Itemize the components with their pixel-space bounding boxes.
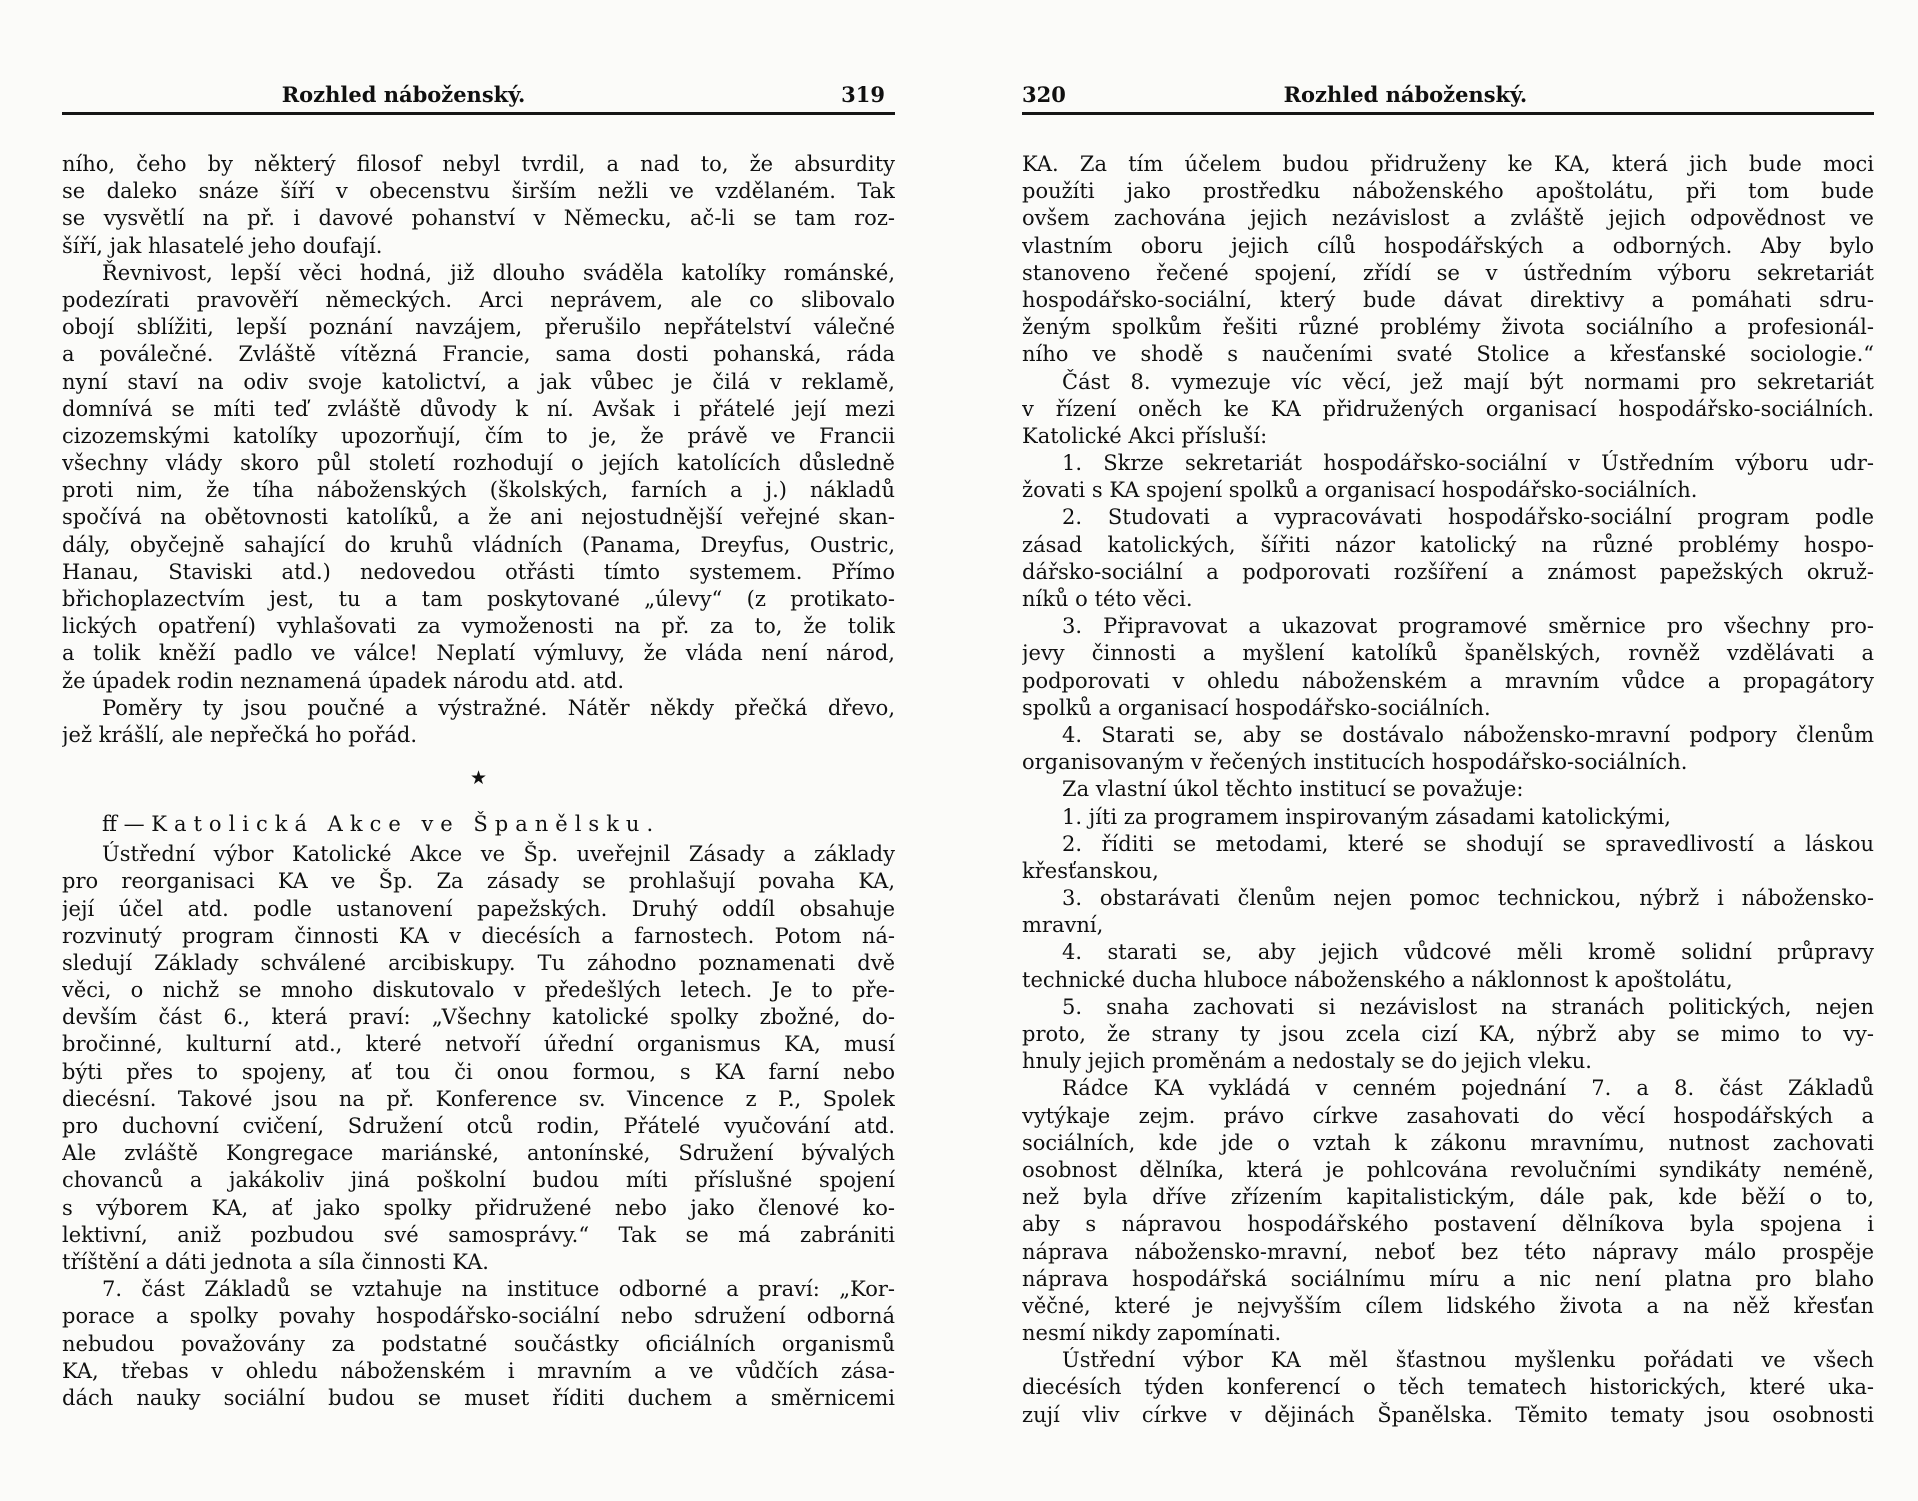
paragraph: 4. starati se, aby jejich vůdcové měli k…: [1022, 939, 1874, 993]
text-line: jevy činnosti a myšlení katolíků španěls…: [1022, 640, 1874, 667]
text-line: v řízení oněch ke KA přidružených organi…: [1022, 396, 1874, 423]
text-line: zují vliv církve v dějinách Španělska. T…: [1022, 1402, 1874, 1429]
paragraph: 3. obstarávati členům nejen pomoc techni…: [1022, 885, 1874, 939]
paragraph: Ústřední výbor Katolické Akce ve Šp. uve…: [62, 841, 895, 1276]
text-line: 7. část Základů se vztahuje na instituce…: [62, 1276, 895, 1303]
text-line: tříštění a dáti jednota a síla činnosti …: [62, 1249, 895, 1276]
text-line: KA. Za tím účelem budou přidruženy ke KA…: [1022, 151, 1874, 178]
paragraph: ního, čeho by některý filosof nebyl tvrd…: [62, 151, 895, 260]
paragraph: 2. Studovati a vypracovávati hospodářsko…: [1022, 504, 1874, 613]
text-line: šíří, jak hlasatelé jeho doufají.: [62, 233, 895, 260]
text-line: aby s nápravou hospodářského postavení d…: [1022, 1211, 1874, 1238]
text-line: domnívá se míti teď zvláště důvody k ní.…: [62, 396, 895, 423]
text-line: diecésích týden konferencí o těch temate…: [1022, 1374, 1874, 1401]
text-line: 4. starati se, aby jejich vůdcové měli k…: [1022, 939, 1874, 966]
text-line: použíti jako prostředku náboženského apo…: [1022, 178, 1874, 205]
text-line: lektivní, aniž pozbudou své samosprávy.“…: [62, 1222, 895, 1249]
paragraph: 4. Starati se, aby se dostávalo nábožens…: [1022, 722, 1874, 776]
text-line: Katolické Akci přísluší:: [1022, 423, 1874, 450]
text-line: zásad katolických, šířiti názor katolick…: [1022, 532, 1874, 559]
text-line: obojí sblížiti, lepší poznání navzájem, …: [62, 314, 895, 341]
text-line: se vysvětlí na př. i davové pohanství v …: [62, 205, 895, 232]
text-line: dářsko-sociální a podporovati rozšíření …: [1022, 559, 1874, 586]
text-line: podporovati v ohledu náboženském a mravn…: [1022, 668, 1874, 695]
paragraph: Řevnivost, lepší věci hodná, již dlouho …: [62, 260, 895, 695]
text-line: mravní,: [1022, 912, 1874, 939]
page-319: Rozhled náboženský. 319 ního, čeho by ně…: [62, 82, 895, 1412]
text-line: ního, čeho by některý filosof nebyl tvrd…: [62, 151, 895, 178]
text-line: Poměry ty jsou poučné a výstražné. Nátěr…: [62, 695, 895, 722]
text-line: chovanců a jakákoliv jiná poškolní budou…: [62, 1167, 895, 1194]
text-line: cizozemskými katolíky upozorňují, čím to…: [62, 423, 895, 450]
text-line: věčné, které je nejvyšším cílem lidského…: [1022, 1293, 1874, 1320]
text-line: osobnost dělníka, která je pohlcována re…: [1022, 1157, 1874, 1184]
text-line: Hanau, Staviski atd.) nedovedou otřásti …: [62, 559, 895, 586]
text-line: sledují Základy schválené arcibiskupy. T…: [62, 950, 895, 977]
section-heading-title: Katolická Akce ve Španělsku.: [151, 812, 660, 836]
text-line: býti přes to spojeny, ať tou či onou for…: [62, 1059, 895, 1086]
paragraph: Část 8. vymezuje víc věcí, jež mají být …: [1022, 369, 1874, 451]
text-line: 4. Starati se, aby se dostávalo nábožens…: [1022, 722, 1874, 749]
text-line: proto, že strany ty jsou zcela cizí KA, …: [1022, 1021, 1874, 1048]
text-line: diecésní. Takové jsou na př. Konference …: [62, 1086, 895, 1113]
running-title: Rozhled náboženský.: [1284, 82, 1528, 107]
text-line: KA, třebas v ohledu náboženském i mravní…: [62, 1358, 895, 1385]
text-line: 1. jíti za programem inspirovaným zásada…: [1022, 804, 1874, 831]
section-heading-author-mark: ff —: [102, 812, 151, 836]
text-line: bročinné, kulturní atd., které netvoří ú…: [62, 1031, 895, 1058]
text-line: hnuly jejich proměnám a nedostaly se do …: [1022, 1048, 1874, 1075]
text-line: všechny vlády skoro půl století rozhoduj…: [62, 450, 895, 477]
text-line: pro reorganisaci KA ve Šp. Za zásady se …: [62, 868, 895, 895]
running-head: 320 Rozhled náboženský.: [1022, 82, 1874, 115]
text-line: proti nim, že tíha náboženských (školský…: [62, 477, 895, 504]
text-line: než byla dříve zřízením kapitalistickým,…: [1022, 1184, 1874, 1211]
text-line: spočívá na obětovnosti katolíků, a že an…: [62, 504, 895, 531]
text-line: 3. obstarávati členům nejen pomoc techni…: [1022, 885, 1874, 912]
text-line: sociálních, kde jde o vztah k zákonu mra…: [1022, 1130, 1874, 1157]
text-line: nyní staví na odiv svoje katolictví, a j…: [62, 369, 895, 396]
text-line: Za vlastní úkol těchto institucí se pova…: [1022, 776, 1874, 803]
text-line: rozvinutý program činnosti KA v diecésíc…: [62, 923, 895, 950]
text-line: a tolik kněží padlo ve válce! Neplatí vý…: [62, 640, 895, 667]
paragraph: Rádce KA vykládá v cenném pojednání 7. a…: [1022, 1075, 1874, 1347]
text-line: ovšem zachována jejich nezávislost a zvl…: [1022, 205, 1874, 232]
paragraph: Ústřední výbor KA měl šťastnou myšlenku …: [1022, 1347, 1874, 1429]
paragraph: Za vlastní úkol těchto institucí se pova…: [1022, 776, 1874, 803]
text-line: ženým spolkům řešiti různé problémy živo…: [1022, 314, 1874, 341]
text-line: Část 8. vymezuje víc věcí, jež mají být …: [1022, 369, 1874, 396]
page-body: KA. Za tím účelem budou přidruženy ke KA…: [1022, 151, 1874, 1429]
text-line: devším část 6., která praví: „Všechny ka…: [62, 1004, 895, 1031]
text-line: Rádce KA vykládá v cenném pojednání 7. a…: [1022, 1075, 1874, 1102]
text-line: hospodářsko-sociální, který bude dávat d…: [1022, 287, 1874, 314]
page-number: 320: [1022, 82, 1066, 107]
text-line: jež krášlí, ale nepřečká ho pořád.: [62, 722, 895, 749]
text-line: 3. Připravovat a ukazovat programové smě…: [1022, 613, 1874, 640]
page-body: ního, čeho by některý filosof nebyl tvrd…: [62, 151, 895, 1412]
text-line: Ústřední výbor KA měl šťastnou myšlenku …: [1022, 1347, 1874, 1374]
text-line: Ale zvláště Kongregace mariánské, antoní…: [62, 1140, 895, 1167]
section-heading: ff — Katolická Akce ve Španělsku.: [62, 807, 895, 841]
text-line: 5. snaha zachovati si nezávislost na str…: [1022, 994, 1874, 1021]
text-line: 2. Studovati a vypracovávati hospodářsko…: [1022, 504, 1874, 531]
text-line: spolků a organisací hospodářsko-sociální…: [1022, 695, 1874, 722]
text-line: organisovaným v řečených institucích hos…: [1022, 749, 1874, 776]
text-line: že úpadek rodin neznamená úpadek národu …: [62, 668, 895, 695]
text-line: s výborem KA, ať jako spolky přidružené …: [62, 1195, 895, 1222]
text-line: stanoveno řečené spojení, zřídí se v úst…: [1022, 260, 1874, 287]
text-line: níků o této věci.: [1022, 586, 1874, 613]
text-line: nesmí nikdy zapomínati.: [1022, 1320, 1874, 1347]
text-line: břichoplazectvím jest, tu a tam poskytov…: [62, 586, 895, 613]
text-line: lických opatření) vyhlašovati za vymožen…: [62, 613, 895, 640]
text-line: nebudou považovány za podstatné součástk…: [62, 1331, 895, 1358]
paragraph: 7. část Základů se vztahuje na instituce…: [62, 1276, 895, 1412]
text-line: dály, obyčejně sahající do kruhů vládníc…: [62, 532, 895, 559]
text-line: a poválečné. Zvláště vítězná Francie, sa…: [62, 341, 895, 368]
paragraph: KA. Za tím účelem budou přidruženy ke KA…: [1022, 151, 1874, 369]
text-line: Ústřední výbor Katolické Akce ve Šp. uve…: [62, 841, 895, 868]
text-line: Řevnivost, lepší věci hodná, již dlouho …: [62, 260, 895, 287]
text-line: náprava nábožensko-mravní, neboť bez tét…: [1022, 1239, 1874, 1266]
text-line: 2. říditi se metodami, které se shodují …: [1022, 831, 1874, 858]
text-line: věci, o nichž se mnoho diskutovalo v pře…: [62, 977, 895, 1004]
section-separator-star: ★: [62, 749, 895, 807]
paragraph: 3. Připravovat a ukazovat programové smě…: [1022, 613, 1874, 722]
text-line: žovati s KA spojení spolků a organisací …: [1022, 477, 1874, 504]
paragraph: 1. Skrze sekretariát hospodářsko-sociáln…: [1022, 450, 1874, 504]
text-line: porace a spolky povahy hospodářsko-sociá…: [62, 1303, 895, 1330]
text-line: se daleko snáze šíří v obecenstvu širším…: [62, 178, 895, 205]
text-line: náprava hospodářská sociálnímu míru a ni…: [1022, 1266, 1874, 1293]
paragraph: 1. jíti za programem inspirovaným zásada…: [1022, 804, 1874, 831]
text-line: dách nauky sociální budou se muset řídit…: [62, 1385, 895, 1412]
text-line: vytýkaje zejm. právo církve zasahovati d…: [1022, 1103, 1874, 1130]
page-320: 320 Rozhled náboženský. KA. Za tím účele…: [1022, 82, 1874, 1429]
running-title: Rozhled náboženský.: [282, 82, 526, 107]
text-line: její účel atd. podle ustanovení papežský…: [62, 896, 895, 923]
text-line: podezírati pravověří německých. Arci nep…: [62, 287, 895, 314]
text-line: technické ducha hluboce náboženského a n…: [1022, 967, 1874, 994]
text-line: 1. Skrze sekretariát hospodářsko-sociáln…: [1022, 450, 1874, 477]
paragraph: 5. snaha zachovati si nezávislost na str…: [1022, 994, 1874, 1076]
paragraph: 2. říditi se metodami, které se shodují …: [1022, 831, 1874, 885]
text-line: pro duchovní cvičení, Sdružení otců rodi…: [62, 1113, 895, 1140]
paragraph: Poměry ty jsou poučné a výstražné. Nátěr…: [62, 695, 895, 749]
text-line: křesťanskou,: [1022, 858, 1874, 885]
page-number: 319: [841, 82, 885, 107]
text-line: vlastním oboru jejich cílů hospodářských…: [1022, 233, 1874, 260]
text-line: ního ve shodě s naučeními svaté Stolice …: [1022, 341, 1874, 368]
running-head: Rozhled náboženský. 319: [62, 82, 895, 115]
